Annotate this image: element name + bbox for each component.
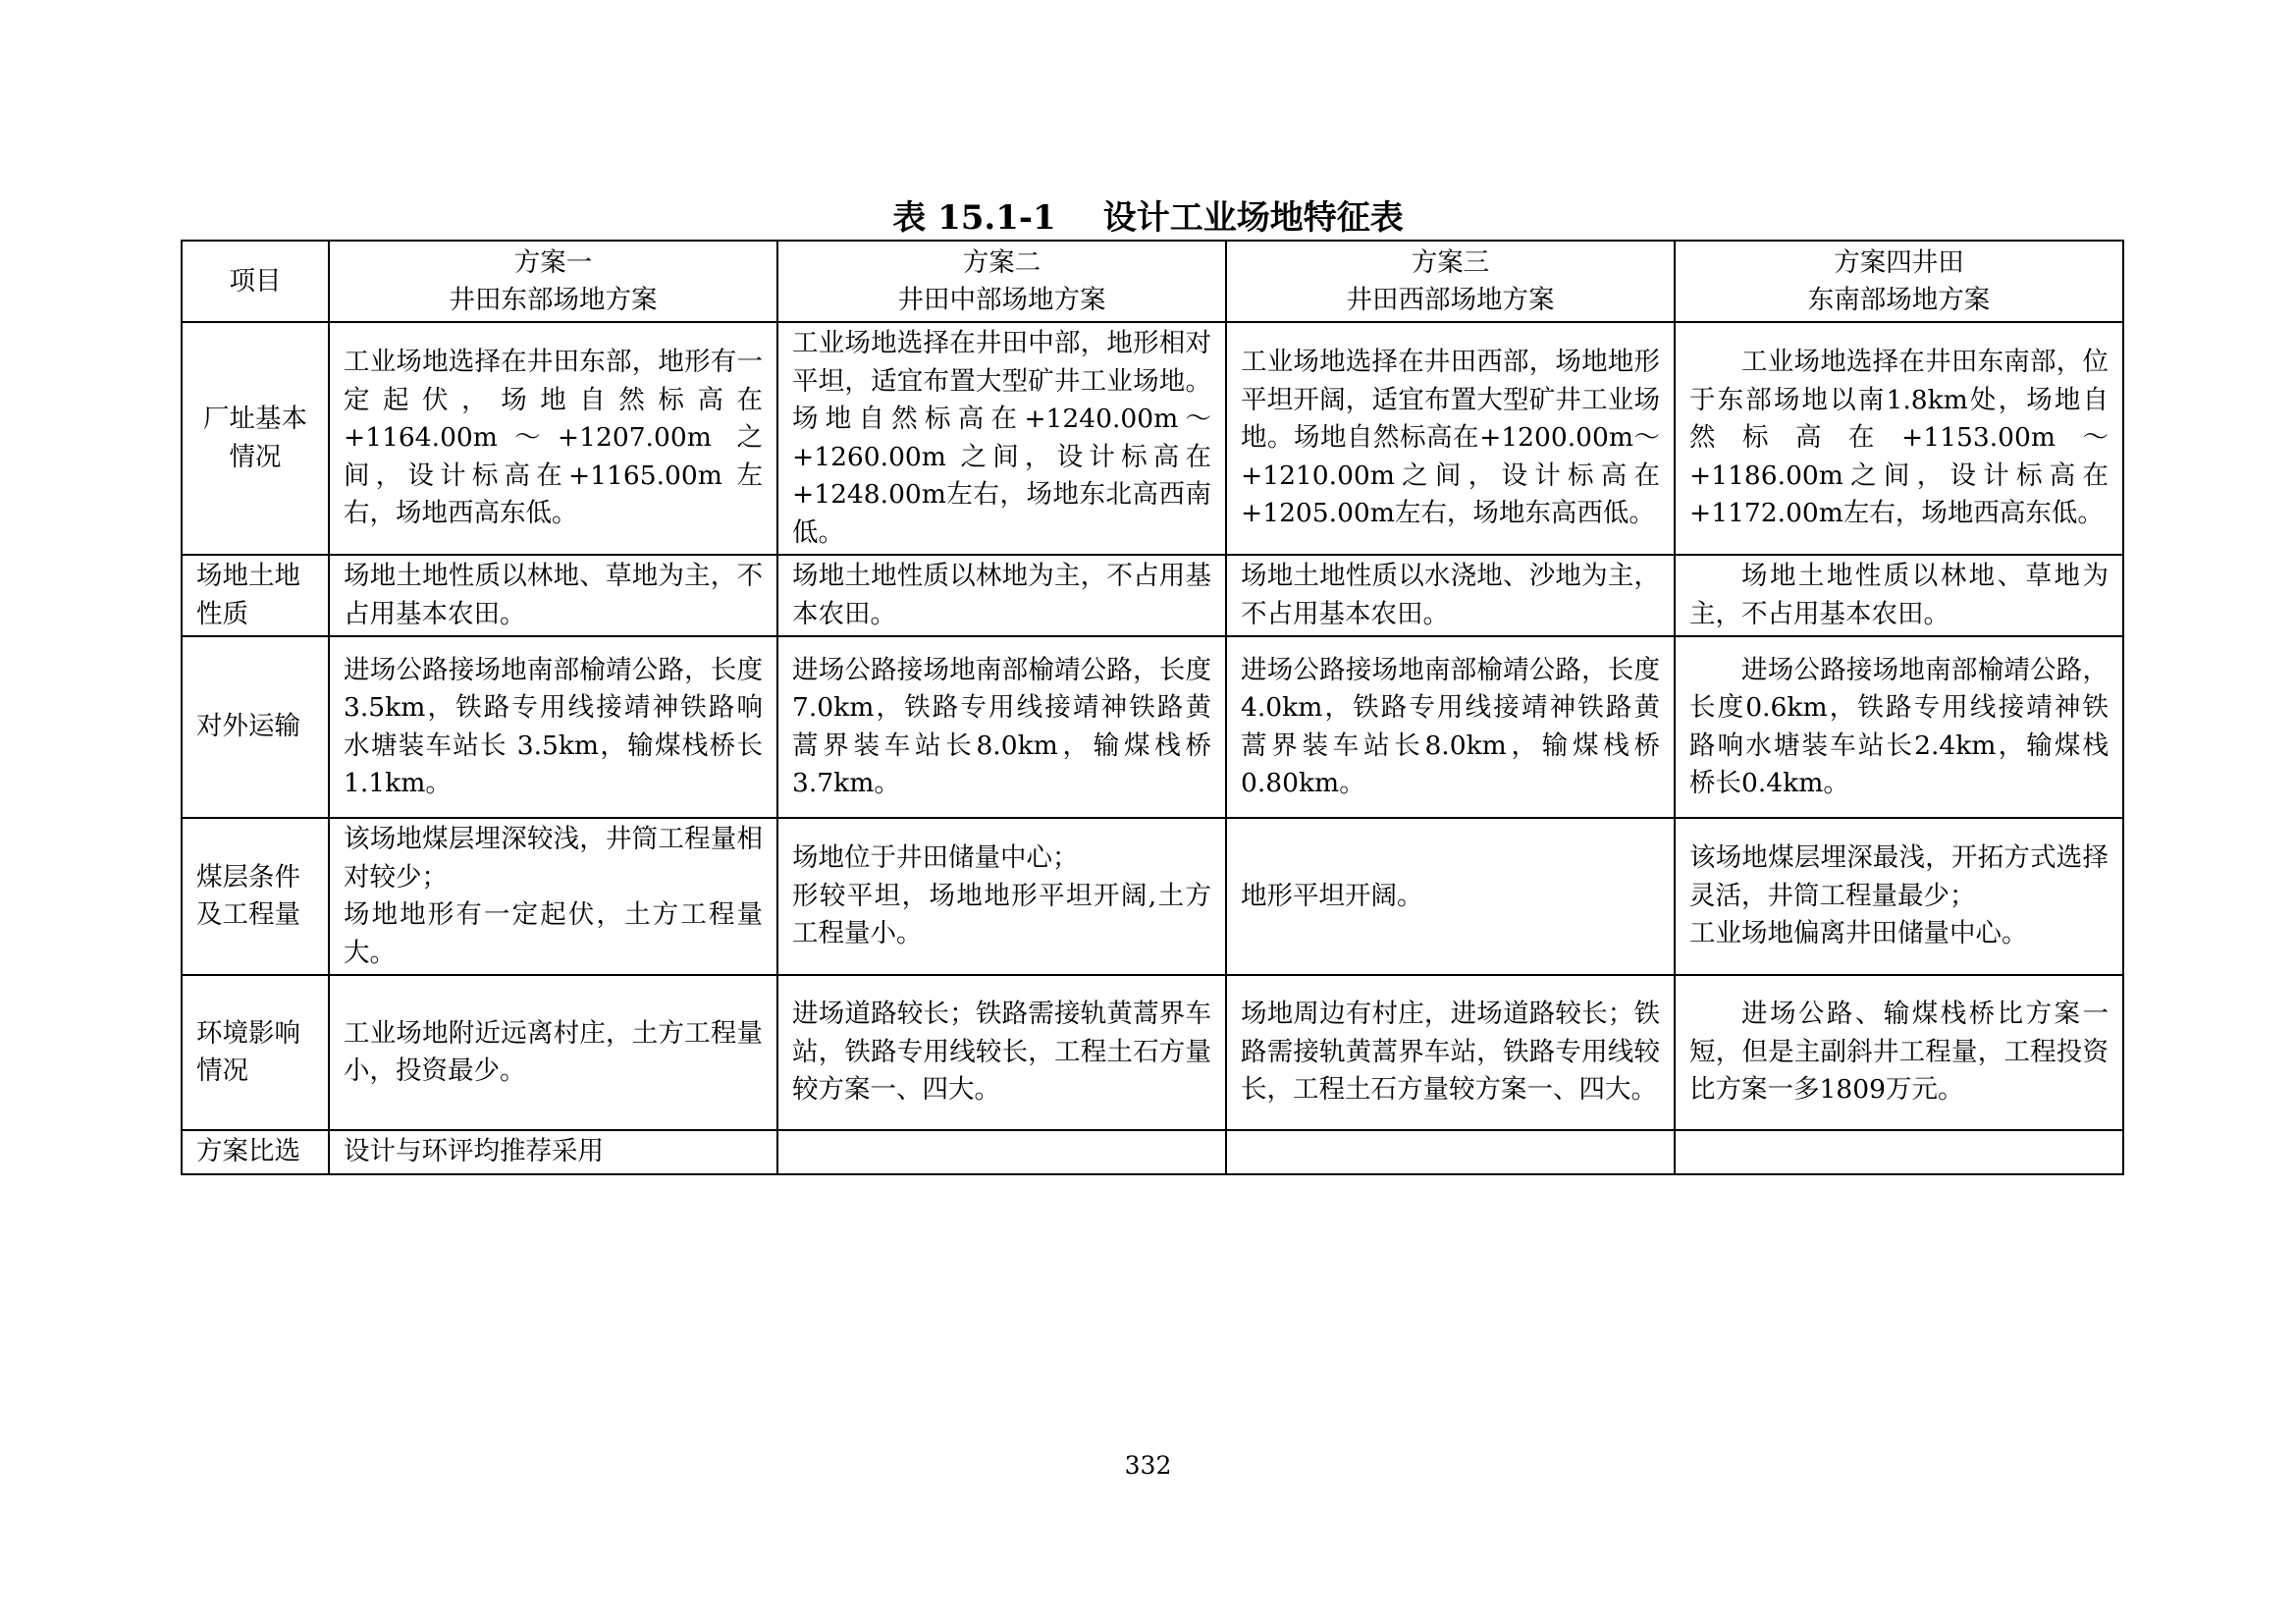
table-cell: 场地土地性质以林地、草地为主，不占用基本农田。 <box>329 555 777 636</box>
header-scheme-2-desc: 井田中部场地方案 <box>898 285 1106 315</box>
table-cell: 进场公路接场地南部榆靖公路，长度 3.5km，铁路专用线接靖神铁路响水塘装车站长… <box>329 636 777 818</box>
header-scheme-1-desc: 井田东部场地方案 <box>450 285 658 315</box>
header-scheme-4-name: 方案四井田 <box>1834 247 1964 278</box>
header-item: 项目 <box>182 241 329 322</box>
table-row-transport: 对外运输 进场公路接场地南部榆靖公路，长度 3.5km，铁路专用线接靖神铁路响水… <box>182 636 2123 818</box>
table-cell: 该场地煤层埋深较浅，井筒工程量相对较少； 场地地形有一定起伏，土方工程量大。 <box>329 818 777 975</box>
table-cell: 场地位于井田储量中心； 形较平坦，场地地形平坦开阔,土方工程量小。 <box>777 818 1226 975</box>
table-cell: 场地土地性质以水浇地、沙地为主，不占用基本农田。 <box>1226 555 1675 636</box>
header-scheme-3-name: 方案三 <box>1412 247 1490 278</box>
table-cell: 该场地煤层埋深最浅，开拓方式选择灵活，井筒工程量最少； 工业场地偏离井田储量中心… <box>1675 818 2123 975</box>
table-cell: 进场公路接场地南部榆靖公路，长度0.6km，铁路专用线接靖神铁路响水塘装车站长2… <box>1675 636 2123 818</box>
row-label: 对外运输 <box>182 636 329 818</box>
table-row-land-nature: 场地土地 性质 场地土地性质以林地、草地为主，不占用基本农田。 场地土地性质以林… <box>182 555 2123 636</box>
row-label: 煤层条件 及工程量 <box>182 818 329 975</box>
table-cell: 工业场地选择在井田东南部，位于东部场地以南1.8km处，场地自然标高在+1153… <box>1675 322 2123 555</box>
row-label: 厂址基本 情况 <box>182 322 329 555</box>
header-scheme-1-name: 方案一 <box>514 247 593 278</box>
table-cell: 设计与环评均推荐采用 <box>329 1130 777 1174</box>
table-cell: 场地周边有村庄，进场道路较长；铁路需接轨黄蒿界车站，铁路专用线较长，工程土石方量… <box>1226 975 1675 1130</box>
table-header-row: 项目 方案一井田东部场地方案 方案二井田中部场地方案 方案三井田西部场地方案 方… <box>182 241 2123 322</box>
header-scheme-4-desc: 东南部场地方案 <box>1808 285 1991 315</box>
page-number: 332 <box>0 1451 2296 1480</box>
table-cell <box>1675 1130 2123 1174</box>
table-cell: 场地土地性质以林地为主，不占用基本农田。 <box>777 555 1226 636</box>
header-scheme-2: 方案二井田中部场地方案 <box>777 241 1226 322</box>
row-label: 场地土地 性质 <box>182 555 329 636</box>
header-scheme-4: 方案四井田东南部场地方案 <box>1675 241 2123 322</box>
site-feature-table: 项目 方案一井田东部场地方案 方案二井田中部场地方案 方案三井田西部场地方案 方… <box>181 240 2124 1175</box>
header-scheme-3-desc: 井田西部场地方案 <box>1347 285 1555 315</box>
row-label: 环境影响 情况 <box>182 975 329 1130</box>
table-cell: 工业场地选择在井田西部，场地地形平坦开阔，适宜布置大型矿井工业场地。场地自然标高… <box>1226 322 1675 555</box>
table-cell: 进场公路、输煤栈桥比方案一短，但是主副斜井工程量，工程投资比方案一多1809万元… <box>1675 975 2123 1130</box>
row-label: 方案比选 <box>182 1130 329 1174</box>
table-row-site-basics: 厂址基本 情况 工业场地选择在井田东部，地形有一定起伏，场地自然标高在+1164… <box>182 322 2123 555</box>
table-cell: 进场道路较长；铁路需接轨黄蒿界车站，铁路专用线较长，工程土石方量较方案一、四大。 <box>777 975 1226 1130</box>
header-scheme-1: 方案一井田东部场地方案 <box>329 241 777 322</box>
table-row-selection: 方案比选 设计与环评均推荐采用 <box>182 1130 2123 1174</box>
table-cell: 工业场地选择在井田东部，地形有一定起伏，场地自然标高在+1164.00m～+12… <box>329 322 777 555</box>
table-cell: 工业场地选择在井田中部，地形相对平坦，适宜布置大型矿井工业场地。场地自然标高在+… <box>777 322 1226 555</box>
table-cell <box>777 1130 1226 1174</box>
table-title: 设计工业场地特征表 <box>1103 198 1404 238</box>
table-cell: 进场公路接场地南部榆靖公路，长度7.0km，铁路专用线接靖神铁路黄蒿界装车站长8… <box>777 636 1226 818</box>
table-cell: 场地土地性质以林地、草地为主，不占用基本农田。 <box>1675 555 2123 636</box>
table-cell: 工业场地附近远离村庄，土方工程量小，投资最少。 <box>329 975 777 1130</box>
table-cell: 地形平坦开阔。 <box>1226 818 1675 975</box>
table-cell <box>1226 1130 1675 1174</box>
header-scheme-3: 方案三井田西部场地方案 <box>1226 241 1675 322</box>
table-number: 表 15.1-1 <box>892 198 1055 238</box>
table-cell: 进场公路接场地南部榆靖公路，长度4.0km，铁路专用线接靖神铁路黄蒿界装车站长8… <box>1226 636 1675 818</box>
table-row-coal-conditions: 煤层条件 及工程量 该场地煤层埋深较浅，井筒工程量相对较少； 场地地形有一定起伏… <box>182 818 2123 975</box>
table-caption: 表 15.1-1设计工业场地特征表 <box>0 196 2296 240</box>
header-scheme-2-name: 方案二 <box>963 247 1041 278</box>
table-row-environment: 环境影响 情况 工业场地附近远离村庄，土方工程量小，投资最少。 进场道路较长；铁… <box>182 975 2123 1130</box>
